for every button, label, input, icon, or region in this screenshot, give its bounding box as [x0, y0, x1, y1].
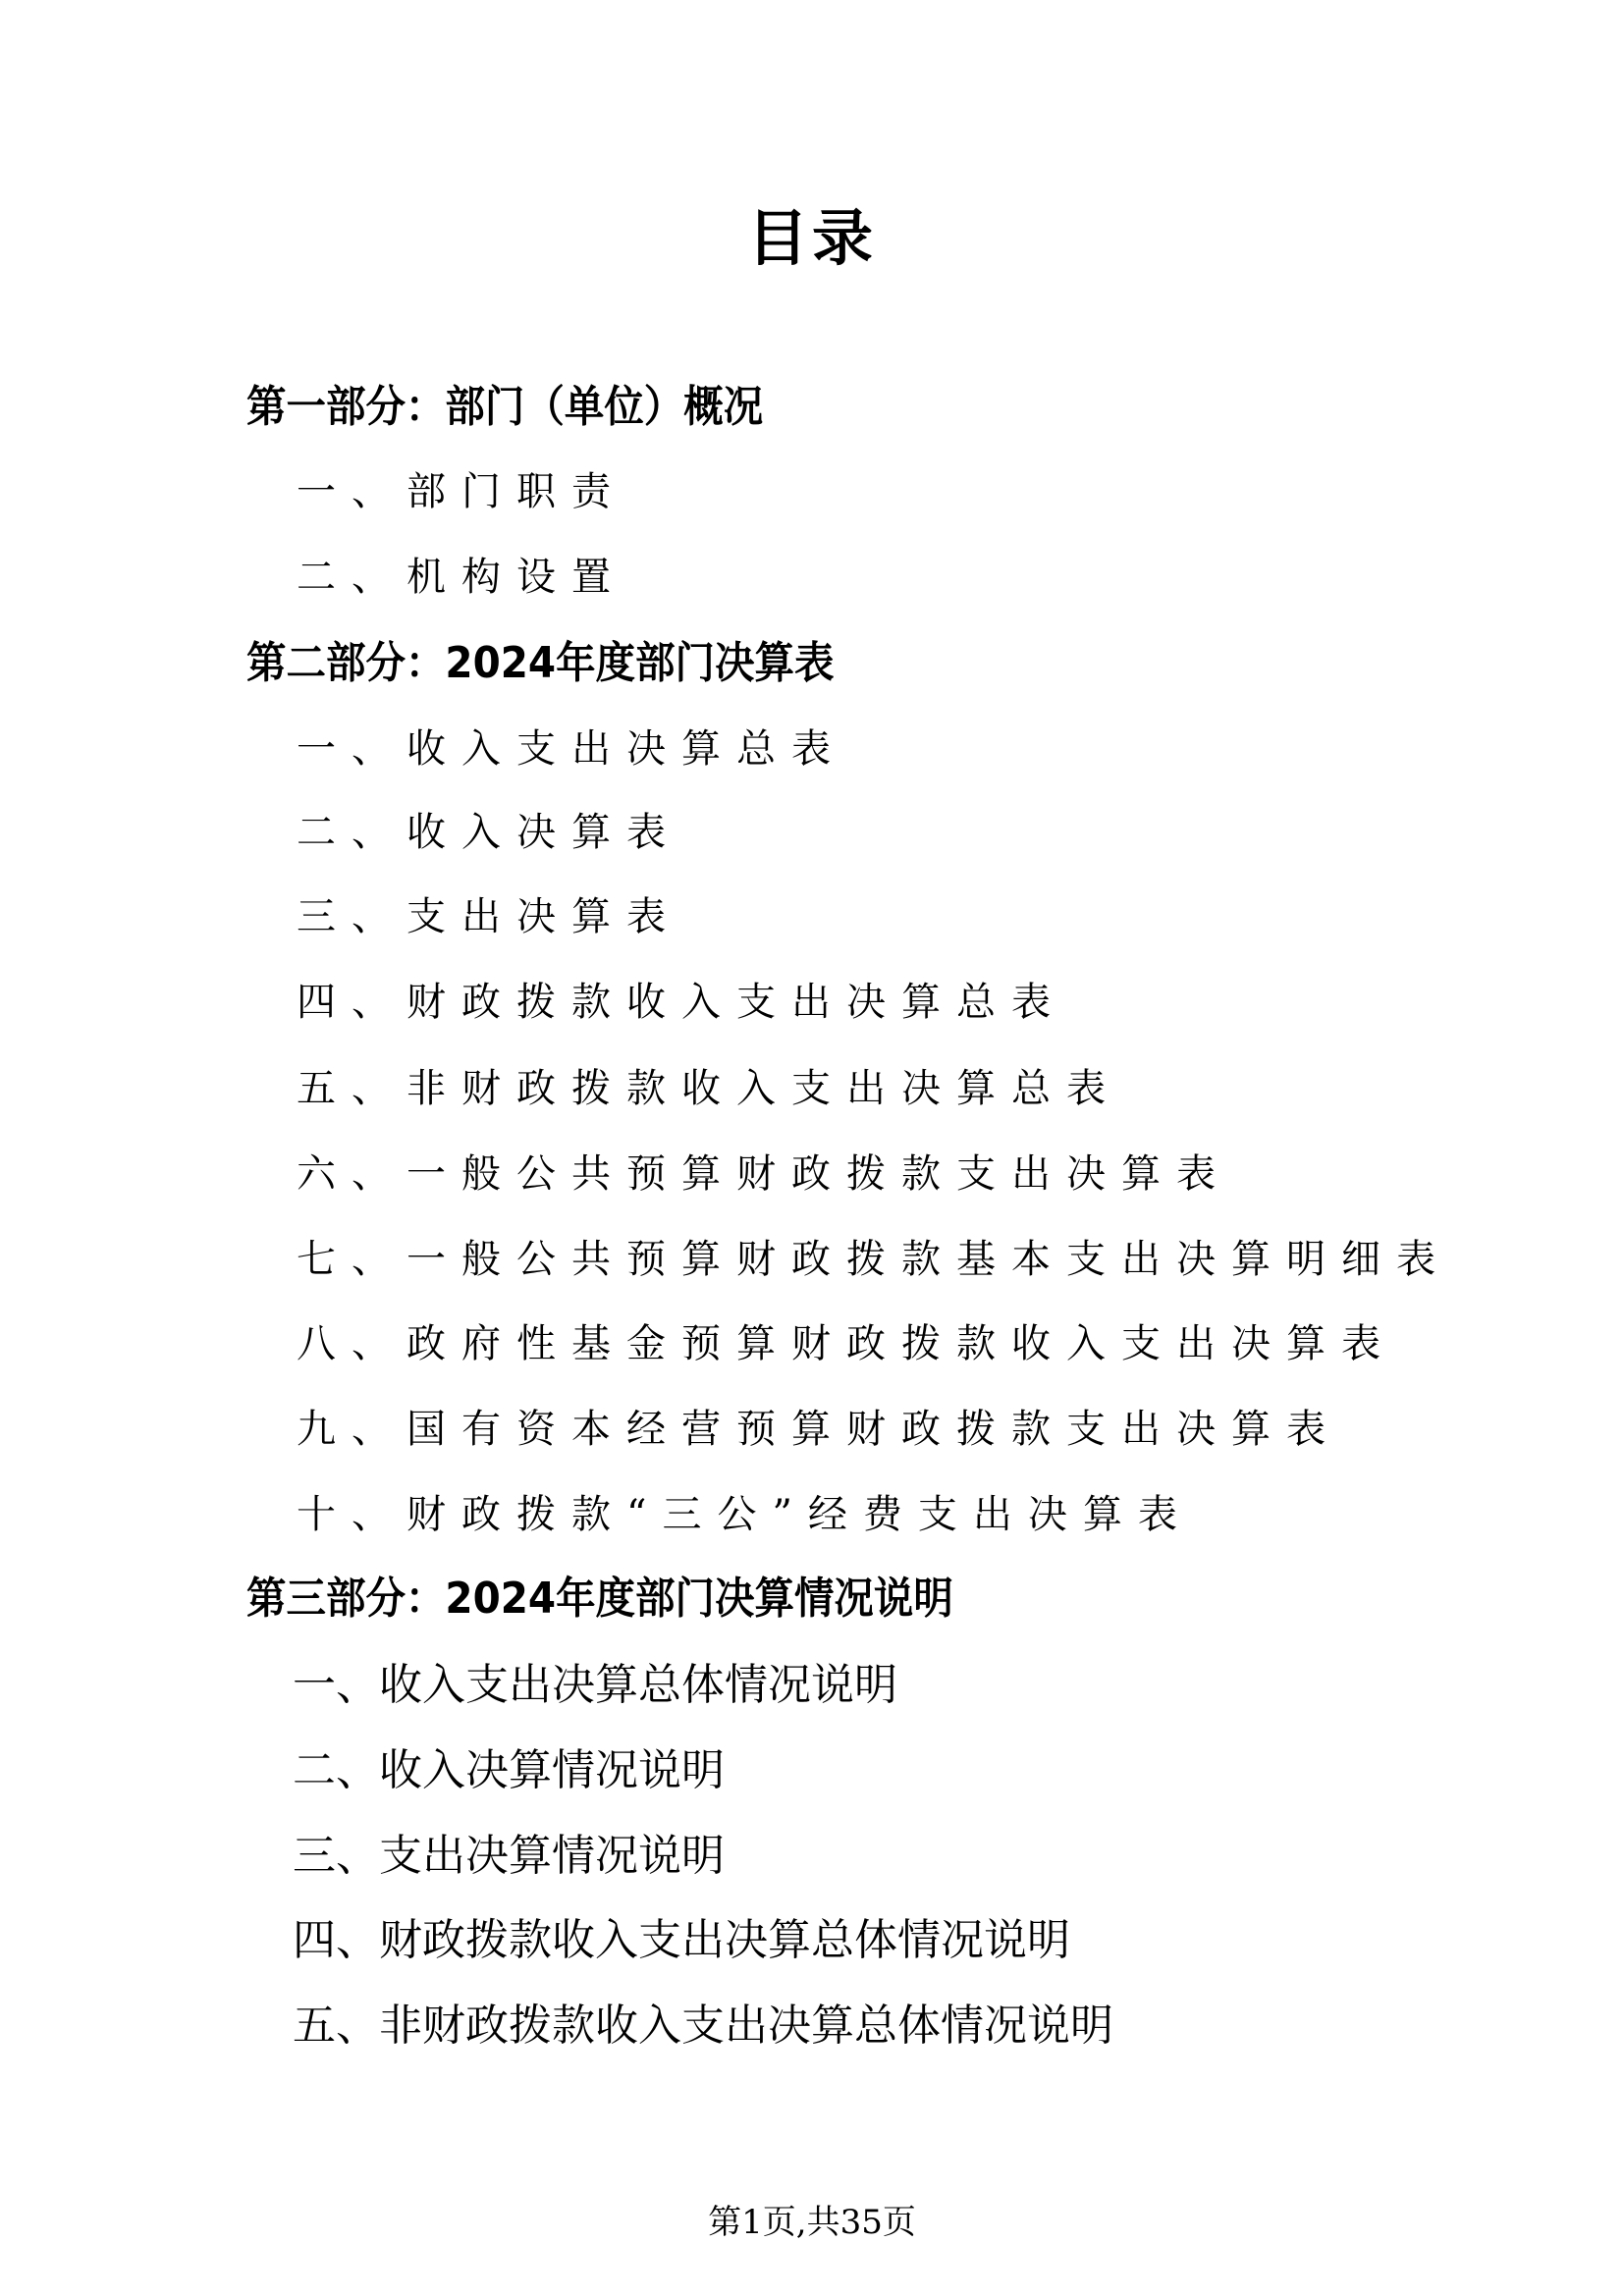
page-title: 目录	[0, 206, 1624, 271]
toc-item[interactable]: 八、政府性基金预算财政拨款收入支出决算表	[297, 1314, 1396, 1373]
toc-item[interactable]: 六、一般公共预算财政拨款支出决算表	[297, 1145, 1231, 1203]
toc-item[interactable]: 二、机构设置	[297, 548, 626, 607]
toc-item[interactable]: 四、财政拨款收入支出决算总表	[297, 973, 1066, 1032]
toc-item[interactable]: 一、部门职责	[297, 462, 626, 521]
toc-item[interactable]: 一、收入支出决算总体情况说明	[293, 1656, 897, 1715]
toc-item[interactable]: 五、非财政拨款收入支出决算总体情况说明	[293, 1997, 1113, 2056]
toc-item[interactable]: 四、财政拨款收入支出决算总体情况说明	[293, 1911, 1070, 1970]
toc-item[interactable]: 三、支出决算表	[297, 887, 681, 946]
toc-item[interactable]: 一、收入支出决算总表	[297, 720, 846, 778]
toc-item[interactable]: 十、财政拨款“三公”经费支出决算表	[297, 1485, 1193, 1544]
document-page: 目录 第一部分：部门（单位）概况 一、部门职责 二、机构设置 第二部分：2024…	[0, 0, 1624, 2296]
toc-section-heading-3[interactable]: 第三部分：2024年度部门决算情况说明	[246, 1570, 953, 1629]
page-number-footer: 第1页,共35页	[0, 2203, 1624, 2242]
toc-section-heading-2[interactable]: 第二部分：2024年度部门决算表	[246, 634, 834, 693]
toc-item[interactable]: 七、一般公共预算财政拨款基本支出决算明细表	[297, 1230, 1451, 1289]
toc-section-heading-1[interactable]: 第一部分：部门（单位）概况	[246, 378, 763, 437]
toc-item[interactable]: 三、支出决算情况说明	[293, 1827, 725, 1886]
toc-item[interactable]: 九、国有资本经营预算财政拨款支出决算表	[297, 1400, 1341, 1459]
toc-item[interactable]: 二、收入决算表	[297, 803, 681, 862]
toc-item[interactable]: 五、非财政拨款收入支出决算总表	[297, 1059, 1121, 1118]
toc-item[interactable]: 二、收入决算情况说明	[293, 1741, 725, 1800]
